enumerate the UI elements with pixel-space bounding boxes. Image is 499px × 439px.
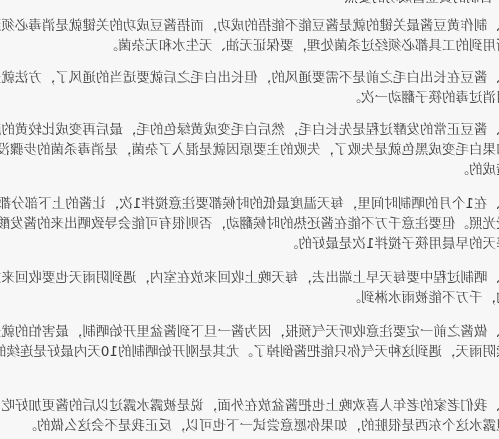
paragraph-1: 1、制作黄豆酱最关键的就是酱豆能不能捂的成功，而捂酱豆成功的关键就是消毒必须到位… — [0, 16, 499, 56]
paragraph-line: 。如果白毛变成黑色就是失败了，失败的主要原因就是混入了杂菌，是消毒杀菌的步骤没做 — [0, 140, 499, 160]
paragraph-line: 7、我们老家的老年人喜欢晚上也把酱盆放在外面，说是被露水露过以后的酱更加好吃 — [0, 396, 499, 416]
paragraph-line: 接受光照。但要注意千万不能在酱还热的时候翻动，否则很有可能会导致晒出来的酱发酸 — [0, 214, 499, 234]
paragraph-7: 7、我们老家的老年人喜欢晚上也把酱盆放在外面，说是被露水露过以后的酱更加好吃 ，… — [0, 396, 499, 436]
paragraph-line: 3、酱豆正常的发酵过程是先长白毛，然后白毛变成黄绿色的毛，最后再变成比较黄的颜色 — [0, 120, 499, 140]
document-heading: 自制的黄豆酱成功的要点 — [345, 0, 494, 8]
paragraph-line: 连续阴雨天，遇到这种天气你只能把酱倒掉了。尤其是刚开始晒制的10天内最好是连续的… — [0, 342, 499, 362]
paragraph-4: 4、在1个月的晒制时间里，每天温度最低的时候都要注意搅拌1次，让酱的上下部分都能… — [0, 194, 499, 254]
paragraph-5: 5、晒制过程中要每天早上端出去，每天晚上收回来放在室内，遇到阴雨天也要收回来放在… — [0, 268, 499, 308]
paragraph-line: 1、制作黄豆酱最关键的就是酱豆能不能捂的成功，而捂酱豆成功的关键就是消毒必须到位 — [0, 16, 499, 36]
paragraph-line: ，每天的早晨用筷子搅拌1次是最好的。 — [0, 234, 499, 254]
paragraph-line: ，所用到的工具都必须经过杀菌处理，要保证无油、无生水和无杂菌。 — [0, 36, 499, 56]
paragraph-line: 2、酱豆在长出白毛之前是不需要通风的，但长出白毛之后就要适当的通风了，方法就是每 — [0, 68, 499, 88]
paragraph-line: 6、做酱之前一定要注意收听天气预报，因为酱一旦下到酱盆里开始晒制，最害怕的就是遇… — [0, 322, 499, 342]
paragraph-6: 6、做酱之前一定要注意收听天气预报，因为酱一旦下到酱盆里开始晒制，最害怕的就是遇… — [0, 322, 499, 382]
paragraph-line: ，但露水这个东西是很脏的，如果你愿意尝试一下也可以，反正我是不会这么做的。 — [0, 416, 499, 436]
paragraph-line: 好造成的。 — [0, 160, 499, 180]
paragraph-line: 5、晒制过程中要每天早上端出去，每天晚上收回来放在室内，遇到阴雨天也要收回来放在 — [0, 268, 499, 288]
paragraph-3: 3、酱豆正常的发酵过程是先长白毛，然后白毛变成黄绿色的毛，最后再变成比较黄的颜色… — [0, 120, 499, 180]
mirrored-document-page: 自制的黄豆酱成功的要点 1、制作黄豆酱最关键的就是酱豆能不能捂的成功，而捂酱豆成… — [0, 0, 499, 439]
paragraph-2: 2、酱豆在长出白毛之前是不需要通风的，但长出白毛之后就要适当的通风了，方法就是每… — [0, 68, 499, 108]
paragraph-line: 4、在1个月的晒制时间里，每天温度最低的时候都要注意搅拌1次，让酱的上下部分都能… — [0, 194, 499, 214]
paragraph-line: 天用消过毒的筷子翻动一次。 — [0, 88, 499, 108]
paragraph-line: 室内，千万不能被雨水淋到。 — [0, 288, 499, 308]
paragraph-line: 天。 — [0, 362, 499, 382]
